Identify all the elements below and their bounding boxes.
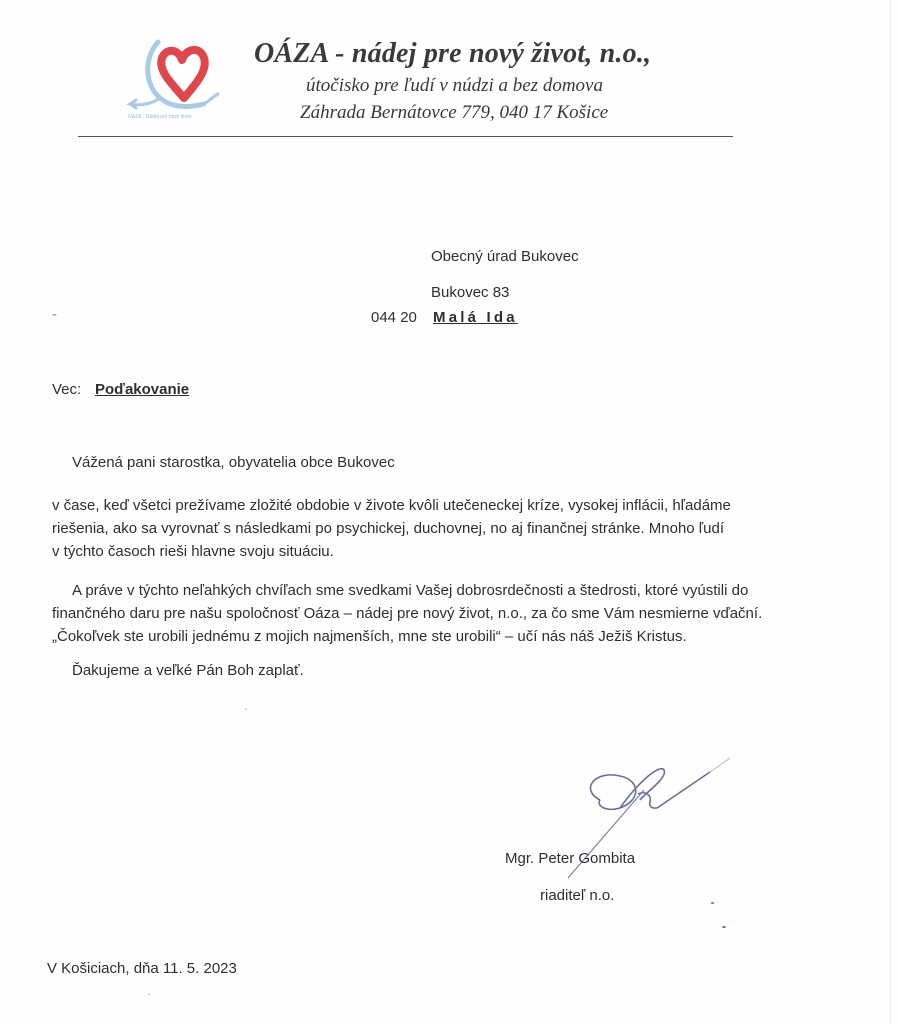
scan-speck bbox=[148, 993, 150, 995]
letterhead-divider bbox=[78, 136, 733, 137]
body-paragraph-2: A práve v týchto neľahkých chvíľach sme … bbox=[52, 579, 852, 648]
organization-address: Záhrada Bernátovce 779, 040 17 Košice bbox=[300, 102, 608, 124]
subject-value: Poďakovanie bbox=[95, 381, 189, 398]
organization-tagline: útočisko pre ľudí v núdzi a bez domova bbox=[306, 75, 603, 97]
scan-edge bbox=[890, 0, 891, 1024]
recipient-name: Obecný úrad Bukovec bbox=[431, 248, 579, 265]
paragraph-line: riešenia, ako sa vyrovnať s následkami p… bbox=[52, 517, 852, 540]
letter-page: OÁZA - Nádej pre nový život OÁZA - nádej… bbox=[0, 0, 898, 1024]
closing-line: Ďakujeme a veľké Pán Boh zaplať. bbox=[72, 662, 304, 679]
place-and-date: V Košiciach, dňa 11. 5. 2023 bbox=[47, 960, 237, 977]
recipient-zip: 044 20 bbox=[371, 309, 417, 326]
paragraph-line: „Čokoľvek ste urobili jednému z mojich n… bbox=[52, 625, 852, 648]
salutation: Vážená pani starostka, obyvatelia obce B… bbox=[72, 454, 395, 471]
logo-caption: OÁZA - Nádej pre nový život bbox=[128, 114, 191, 120]
margin-mark: - bbox=[52, 306, 57, 323]
scan-speck bbox=[722, 926, 726, 928]
recipient-street: Bukovec 83 bbox=[431, 284, 509, 301]
paragraph-line: v týchto časoch rieši hlavne svoju situá… bbox=[52, 540, 852, 563]
signer-role: riaditeľ n.o. bbox=[540, 887, 614, 904]
scan-speck bbox=[245, 708, 247, 710]
recipient-city: Malá Ida bbox=[433, 309, 518, 326]
scan-speck bbox=[711, 902, 714, 904]
paragraph-line: A práve v týchto neľahkých chvíľach sme … bbox=[52, 579, 852, 602]
paragraph-line: v čase, keď všetci prežívame zložité obd… bbox=[52, 494, 852, 517]
signer-name: Mgr. Peter Gombita bbox=[505, 850, 635, 867]
body-paragraph-1: v čase, keď všetci prežívame zložité obd… bbox=[52, 494, 852, 563]
paragraph-line: finančného daru pre našu spoločnosť Oáza… bbox=[52, 602, 852, 625]
organization-name: OÁZA - nádej pre nový život, n.o., bbox=[254, 38, 651, 70]
subject-label: Vec: bbox=[52, 381, 81, 398]
